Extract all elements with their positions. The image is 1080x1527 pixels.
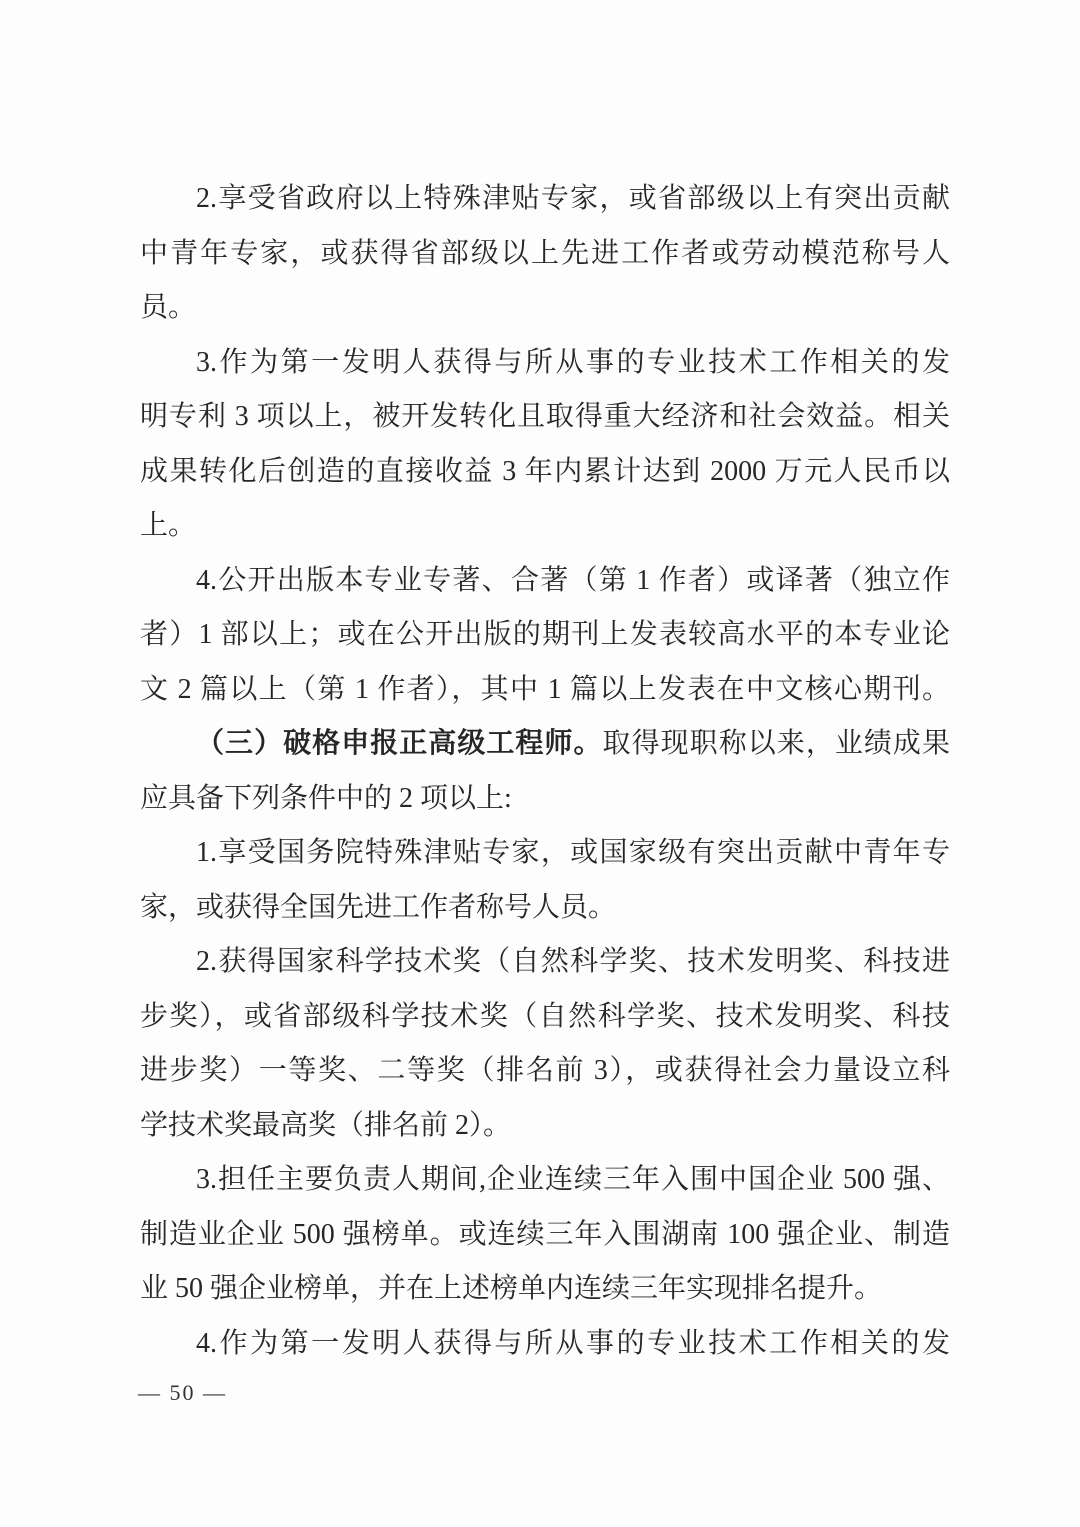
text-line: 业 50 强企业榜单，并在上述榜单内连续三年实现排名提升。	[140, 1262, 950, 1317]
text-line: 明专利 3 项以上，被开发转化且取得重大经济和社会效益。相关	[140, 390, 950, 445]
text-line: 2.获得国家科学技术奖（自然科学奖、技术发明奖、科技进	[140, 935, 950, 990]
paragraph: 2.享受省政府以上特殊津贴专家，或省部级以上有突出贡献 中青年专家，或获得省部级…	[140, 172, 950, 336]
text-line: 4.作为第一发明人获得与所从事的专业技术工作相关的发	[140, 1317, 950, 1372]
text-line: 家，或获得全国先进工作者称号人员。	[140, 881, 950, 936]
paragraph: 2.获得国家科学技术奖（自然科学奖、技术发明奖、科技进 步奖），或省部级科学技术…	[140, 935, 950, 1153]
text-line: 成果转化后创造的直接收益 3 年内累计达到 2000 万元人民币以	[140, 445, 950, 500]
text-line: 文 2 篇以上（第 1 作者），其中 1 篇以上发表在中文核心期刊。	[140, 663, 950, 718]
page-number: — 50 —	[138, 1380, 227, 1406]
text-line: 应具备下列条件中的 2 项以上:	[140, 772, 950, 827]
text-line: 4.公开出版本专业专著、合著（第 1 作者）或译著（独立作	[140, 554, 950, 609]
document-page: 2.享受省政府以上特殊津贴专家，或省部级以上有突出贡献 中青年专家，或获得省部级…	[0, 0, 1080, 1527]
text-line: 学技术奖最高奖（排名前 2）。	[140, 1099, 950, 1154]
text-line: 步奖），或省部级科学技术奖（自然科学奖、技术发明奖、科技	[140, 990, 950, 1045]
section-heading-bold: （三）破格申报正高级工程师。	[196, 728, 603, 759]
text-line: 员。	[140, 281, 950, 336]
paragraph: 3.担任主要负责人期间,企业连续三年入围中国企业 500 强、 制造业企业 50…	[140, 1153, 950, 1317]
text-line: 制造业企业 500 强榜单。或连续三年入围湖南 100 强企业、制造	[140, 1208, 950, 1263]
text-line: 进步奖）一等奖、二等奖（排名前 3），或获得社会力量设立科	[140, 1044, 950, 1099]
text-line: 1.享受国务院特殊津贴专家，或国家级有突出贡献中青年专	[140, 826, 950, 881]
text-line: 3.作为第一发明人获得与所从事的专业技术工作相关的发	[140, 336, 950, 391]
paragraph: 3.作为第一发明人获得与所从事的专业技术工作相关的发 明专利 3 项以上，被开发…	[140, 336, 950, 554]
paragraph: 4.作为第一发明人获得与所从事的专业技术工作相关的发	[140, 1317, 950, 1372]
text-line: （三）破格申报正高级工程师。取得现职称以来，业绩成果	[140, 717, 950, 772]
paragraph-heading: （三）破格申报正高级工程师。取得现职称以来，业绩成果 应具备下列条件中的 2 项…	[140, 717, 950, 826]
text-line: 3.担任主要负责人期间,企业连续三年入围中国企业 500 强、	[140, 1153, 950, 1208]
section-heading-rest: 取得现职称以来，业绩成果	[603, 728, 950, 759]
text-line: 者）1 部以上；或在公开出版的期刊上发表较高水平的本专业论	[140, 608, 950, 663]
paragraph: 1.享受国务院特殊津贴专家，或国家级有突出贡献中青年专 家，或获得全国先进工作者…	[140, 826, 950, 935]
text-line: 2.享受省政府以上特殊津贴专家，或省部级以上有突出贡献	[140, 172, 950, 227]
text-line: 上。	[140, 499, 950, 554]
paragraph: 4.公开出版本专业专著、合著（第 1 作者）或译著（独立作 者）1 部以上；或在…	[140, 554, 950, 718]
document-body: 2.享受省政府以上特殊津贴专家，或省部级以上有突出贡献 中青年专家，或获得省部级…	[140, 172, 950, 1371]
text-line: 中青年专家，或获得省部级以上先进工作者或劳动模范称号人	[140, 227, 950, 282]
